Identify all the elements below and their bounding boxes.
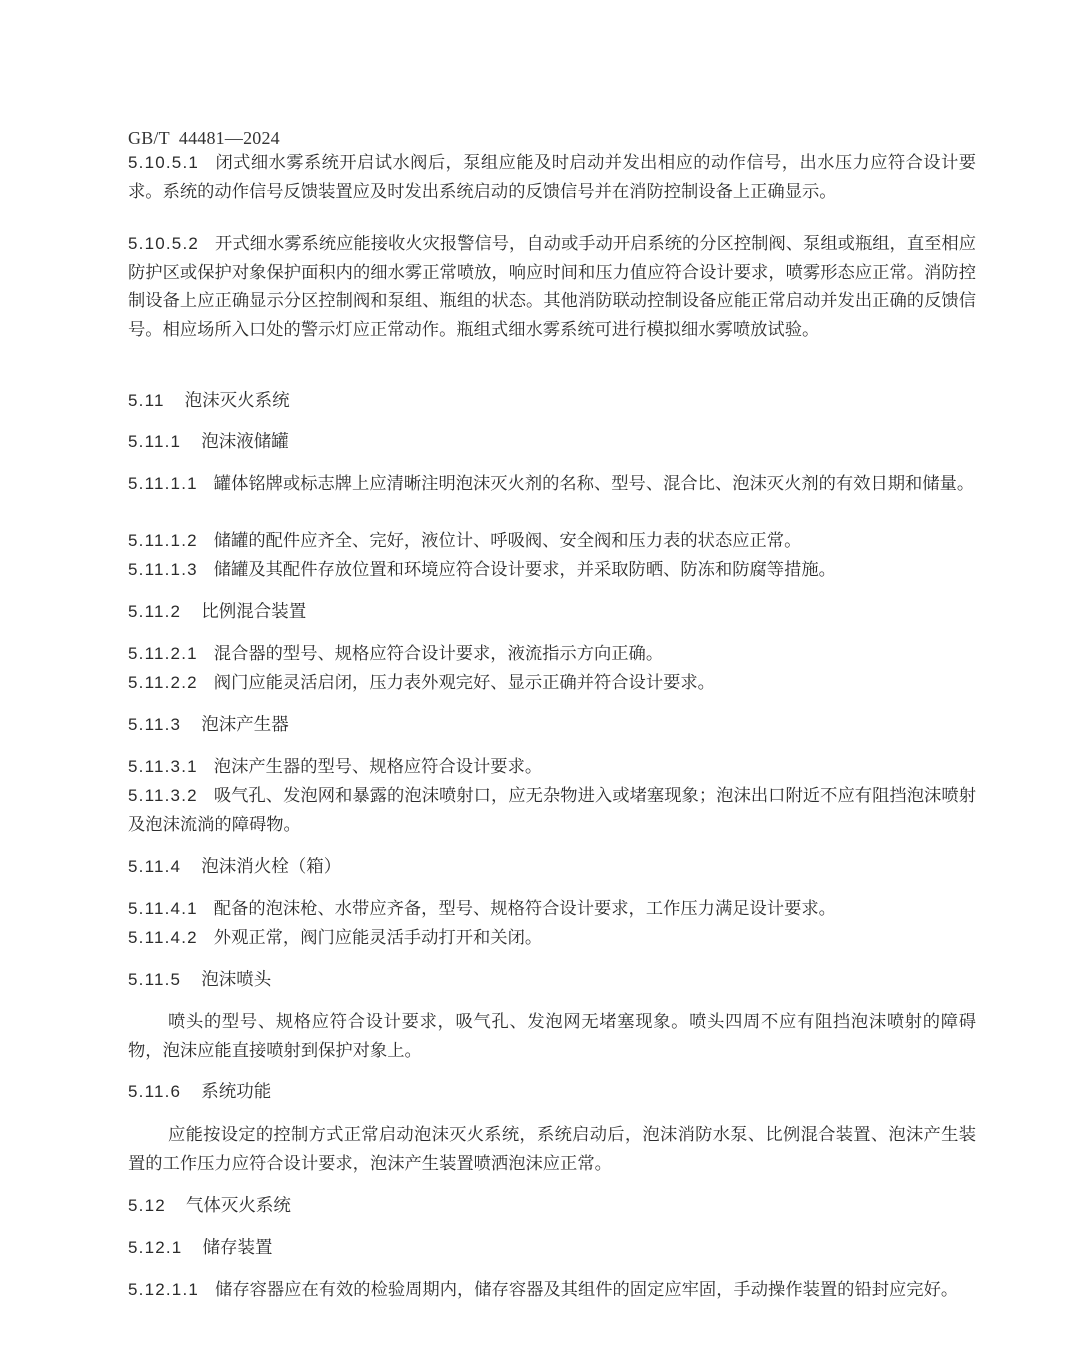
clause-5-11-2-2: 5.11.2.2阀门应能灵活启闭，压力表外观完好、显示正确并符合设计要求。	[128, 669, 976, 698]
clause-number: 5.11.2.2	[128, 669, 198, 698]
clause-number: 5.10.5.1	[128, 149, 199, 178]
clause-number: 5.11.2.1	[128, 640, 198, 669]
heading-5-11-2: 5.11.2比例混合装置	[128, 598, 976, 627]
heading-title: 比例混合装置	[201, 602, 306, 622]
clause-number: 5.11.4.2	[128, 924, 198, 953]
clause-5-11-4-2: 5.11.4.2外观正常，阀门应能灵活手动打开和关闭。	[128, 924, 976, 953]
heading-title: 气体灭火系统	[186, 1196, 291, 1216]
clause-5-12-1-1: 5.12.1.1储存容器应在有效的检验周期内，储存容器及其组件的固定应牢固，手动…	[128, 1276, 976, 1305]
heading-number: 5.11.6	[128, 1078, 181, 1107]
heading-title: 泡沫产生器	[201, 715, 289, 735]
heading-title: 泡沫消火栓（箱）	[201, 857, 341, 877]
clause-text: 闭式细水雾系统开启试水阀后，泵组应能及时启动并发出相应的动作信号，出水压力应符合…	[128, 153, 976, 202]
clause-number: 5.11.1.2	[128, 527, 198, 556]
clause-5-11-4-1: 5.11.4.1配备的泡沫枪、水带应齐备，型号、规格符合设计要求，工作压力满足设…	[128, 895, 976, 924]
standard-number-header: GB/T 44481—2024	[128, 128, 280, 149]
clause-text: 阀门应能灵活启闭，压力表外观完好、显示正确并符合设计要求。	[214, 673, 715, 693]
heading-title: 泡沫喷头	[201, 970, 271, 990]
heading-5-11-5: 5.11.5泡沫喷头	[128, 966, 976, 995]
clause-5-11-3-2: 5.11.3.2吸气孔、发泡网和暴露的泡沫喷射口，应无杂物进入或堵塞现象；泡沫出…	[128, 782, 976, 839]
heading-number: 5.11.5	[128, 966, 181, 995]
clause-5-11-1-1: 5.11.1.1罐体铭牌或标志牌上应清晰注明泡沫灭火剂的名称、型号、混合比、泡沫…	[128, 470, 976, 499]
clause-text: 混合器的型号、规格应符合设计要求，液流指示方向正确。	[214, 644, 663, 664]
heading-5-11-1: 5.11.1泡沫液储罐	[128, 428, 976, 457]
heading-5-11: 5.11泡沫灭火系统	[128, 387, 976, 416]
heading-number: 5.11.3	[128, 711, 181, 740]
heading-title: 泡沫液储罐	[201, 432, 289, 452]
clause-text: 储罐及其配件存放位置和环境应符合设计要求，并采取防晒、防冻和防腐等措施。	[214, 560, 836, 580]
heading-number: 5.11.4	[128, 853, 181, 882]
heading-5-12-1: 5.12.1储存装置	[128, 1234, 976, 1263]
clause-text: 吸气孔、发泡网和暴露的泡沫喷射口，应无杂物进入或堵塞现象；泡沫出口附近不应有阻挡…	[128, 786, 976, 835]
clause-5-11-3-1: 5.11.3.1泡沫产生器的型号、规格应符合设计要求。	[128, 753, 976, 782]
clause-text: 储罐的配件应齐全、完好，液位计、呼吸阀、安全阀和压力表的状态应正常。	[214, 531, 802, 551]
heading-5-11-3: 5.11.3泡沫产生器	[128, 711, 976, 740]
clause-text: 罐体铭牌或标志牌上应清晰注明泡沫灭火剂的名称、型号、混合比、泡沫灭火剂的有效日期…	[214, 474, 974, 494]
paragraph-5-11-5: 喷头的型号、规格应符合设计要求，吸气孔、发泡网无堵塞现象。喷头四周不应有阻挡泡沫…	[128, 1008, 976, 1065]
clause-text: 储存容器应在有效的检验周期内，储存容器及其组件的固定应牢固，手动操作装置的铅封应…	[215, 1280, 958, 1300]
clause-text: 配备的泡沫枪、水带应齐备，型号、规格符合设计要求，工作压力满足设计要求。	[214, 899, 836, 919]
clause-number: 5.11.3.1	[128, 753, 198, 782]
heading-title: 泡沫灭火系统	[185, 391, 290, 411]
clause-number: 5.11.4.1	[128, 895, 198, 924]
clause-number: 5.11.1.1	[128, 470, 198, 499]
clause-text: 外观正常，阀门应能灵活手动打开和关闭。	[214, 928, 542, 948]
heading-5-12: 5.12气体灭火系统	[128, 1192, 976, 1221]
clause-5-11-1-2: 5.11.1.2储罐的配件应齐全、完好，液位计、呼吸阀、安全阀和压力表的状态应正…	[128, 527, 976, 556]
clause-number: 5.11.3.2	[128, 782, 198, 811]
heading-number: 5.12.1	[128, 1234, 182, 1263]
heading-title: 储存装置	[202, 1238, 272, 1258]
clause-5-10-5-1: 5.10.5.1闭式细水雾系统开启试水阀后，泵组应能及时启动并发出相应的动作信号…	[128, 149, 976, 206]
clause-5-11-1-3: 5.11.1.3储罐及其配件存放位置和环境应符合设计要求，并采取防晒、防冻和防腐…	[128, 556, 976, 585]
clause-text: 开式细水雾系统应能接收火灾报警信号，自动或手动开启系统的分区控制阀、泵组或瓶组，…	[128, 234, 976, 340]
heading-5-11-6: 5.11.6系统功能	[128, 1078, 976, 1107]
heading-number: 5.11	[128, 387, 165, 416]
clause-5-10-5-2: 5.10.5.2开式细水雾系统应能接收火灾报警信号，自动或手动开启系统的分区控制…	[128, 230, 976, 344]
heading-title: 系统功能	[201, 1082, 271, 1102]
heading-number: 5.11.2	[128, 598, 181, 627]
heading-number: 5.11.1	[128, 428, 181, 457]
paragraph-5-11-6: 应能按设定的控制方式正常启动泡沫灭火系统，系统启动后，泡沫消防水泵、比例混合装置…	[128, 1121, 976, 1178]
heading-number: 5.12	[128, 1192, 166, 1221]
clause-text: 泡沫产生器的型号、规格应符合设计要求。	[214, 757, 542, 777]
clause-number: 5.11.1.3	[128, 556, 198, 585]
clause-number: 5.12.1.1	[128, 1276, 199, 1305]
clause-number: 5.10.5.2	[128, 230, 199, 259]
heading-5-11-4: 5.11.4泡沫消火栓（箱）	[128, 853, 976, 882]
clause-5-11-2-1: 5.11.2.1混合器的型号、规格应符合设计要求，液流指示方向正确。	[128, 640, 976, 669]
